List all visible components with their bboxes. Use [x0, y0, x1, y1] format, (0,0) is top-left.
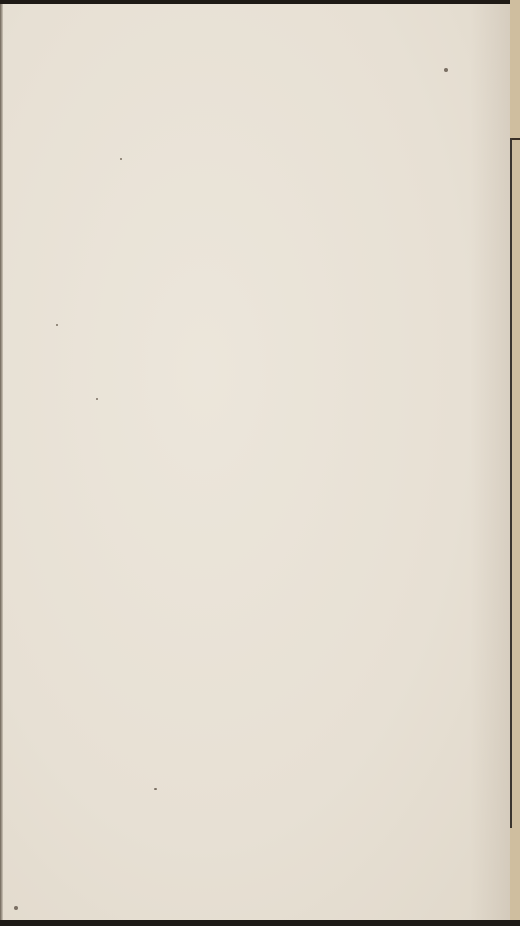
scan-background-bottom — [0, 920, 520, 926]
paper-speck — [56, 324, 58, 326]
adjacent-page-border-line — [510, 138, 512, 828]
blank-book-page — [0, 4, 510, 920]
paper-speck — [14, 906, 18, 910]
page-left-edge — [0, 4, 3, 920]
paper-speck — [96, 398, 98, 400]
paper-speck — [120, 158, 122, 160]
paper-speck — [154, 788, 157, 790]
paper-speck — [444, 68, 448, 72]
